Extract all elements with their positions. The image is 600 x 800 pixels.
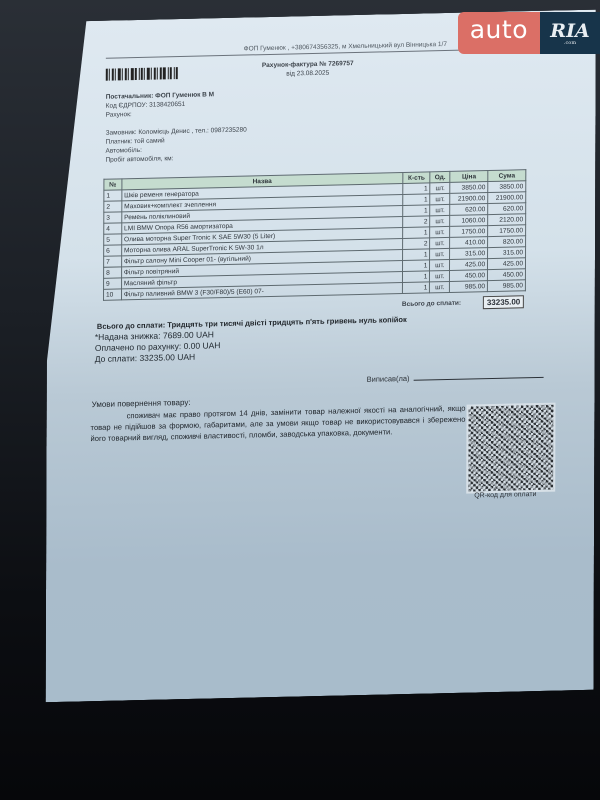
item-qty: 1 <box>402 271 430 283</box>
item-price: 985.00 <box>450 281 488 293</box>
supplier-line: Постачальник: ФОП Гуменюк В М <box>106 91 214 100</box>
row-number: 7 <box>104 256 122 267</box>
row-number: 8 <box>104 267 122 278</box>
row-number: 2 <box>104 201 122 212</box>
item-sum: 450.00 <box>488 269 526 281</box>
item-sum: 985.00 <box>488 280 526 292</box>
item-unit: шт. <box>430 204 450 215</box>
item-qty: 1 <box>403 194 431 206</box>
item-unit: шт. <box>430 259 450 270</box>
item-price: 3850.00 <box>450 182 488 194</box>
signature-field: Виписав(ла) <box>367 371 544 384</box>
item-qty: 1 <box>402 227 430 239</box>
invoice-paper: ФОП Гуменюк , +380674356325, м Хмельниць… <box>46 10 596 703</box>
item-unit: шт. <box>430 237 450 248</box>
payment-qr-code <box>466 403 555 494</box>
account: Рахунок: <box>106 111 132 119</box>
customer: Замовник: Коломієць Денис , тел.: 098723… <box>106 127 247 137</box>
item-sum: 315.00 <box>488 247 526 259</box>
item-sum: 620.00 <box>488 203 526 215</box>
qr-label: QR-код для оплати <box>474 491 536 499</box>
item-qty: 1 <box>402 260 430 272</box>
item-price: 410.00 <box>450 237 488 249</box>
item-sum: 1750.00 <box>488 225 526 237</box>
car: Автомобіль: <box>106 147 142 155</box>
mileage: Пробіг автомобіля, км: <box>105 155 173 164</box>
amount-due: До сплати: 33235.00 UAH <box>95 352 195 364</box>
items-table: № Назва К-сть Од. Ціна Сума 1Шків ременя… <box>103 169 526 301</box>
invoice-title: Рахунок-фактура № 7269757 <box>248 60 368 70</box>
signature-line <box>414 377 544 381</box>
item-price: 315.00 <box>450 248 488 260</box>
row-number: 10 <box>104 289 122 300</box>
signature-label: Виписав(ла) <box>367 374 410 384</box>
row-number: 4 <box>104 223 122 234</box>
watermark-ria: RIA .com <box>540 12 600 54</box>
payer: Платник: той самий <box>106 137 165 145</box>
barcode <box>106 67 178 81</box>
total-in-words: Всього до сплати: Тридцять три тисячі дв… <box>97 315 407 331</box>
col-header-price: Ціна <box>450 171 488 183</box>
watermark-ria-domain: .com <box>564 40 576 46</box>
col-header-sum: Сума <box>488 170 526 182</box>
item-price: 1060.00 <box>450 215 488 227</box>
item-unit: шт. <box>430 215 450 226</box>
item-unit: шт. <box>430 182 450 193</box>
row-number: 5 <box>104 234 122 245</box>
item-unit: шт. <box>430 193 450 204</box>
col-header-unit: Од. <box>430 171 450 182</box>
item-sum: 21900.00 <box>488 192 526 204</box>
invoice-date: від 23.08.2025 <box>248 69 368 79</box>
item-price: 425.00 <box>450 259 488 271</box>
paid: Оплачено по рахунку: 0.00 UAH <box>95 340 221 353</box>
row-number: 9 <box>104 278 122 289</box>
item-qty: 1 <box>402 249 430 261</box>
return-policy-title: Умови повернення товару: <box>92 398 191 409</box>
watermark-ria-text: RIA <box>550 20 589 42</box>
item-qty: 1 <box>403 183 431 195</box>
item-qty: 2 <box>402 238 430 250</box>
item-price: 21900.00 <box>450 193 488 205</box>
total-label: Всього до сплати: <box>402 300 461 308</box>
edrpou: Код ЄДРПОУ: 3138420651 <box>106 101 186 110</box>
item-qty: 2 <box>402 216 430 228</box>
item-sum: 2120.00 <box>488 214 526 226</box>
return-policy-text: споживач має право протягом 14 днів, зам… <box>91 403 466 445</box>
item-unit: шт. <box>430 248 450 259</box>
item-unit: шт. <box>430 281 450 292</box>
item-price: 450.00 <box>450 270 488 282</box>
watermark-auto: auto <box>458 12 540 54</box>
col-header-qty: К-сть <box>403 172 431 184</box>
col-header-number: № <box>104 179 122 190</box>
supplier-name: ФОП Гуменюк В М <box>155 91 214 99</box>
item-sum: 425.00 <box>488 258 526 270</box>
total-value: 33235.00 <box>483 295 524 309</box>
row-number: 3 <box>104 212 122 223</box>
item-sum: 820.00 <box>488 236 526 248</box>
row-number: 6 <box>104 245 122 256</box>
item-unit: шт. <box>430 226 450 237</box>
row-number: 1 <box>104 190 122 201</box>
item-sum: 3850.00 <box>488 181 526 193</box>
supplier-label: Постачальник: <box>106 93 154 101</box>
item-unit: шт. <box>430 270 450 281</box>
item-qty: 1 <box>403 205 431 217</box>
item-qty: 1 <box>402 282 430 294</box>
item-price: 620.00 <box>450 204 488 216</box>
autoria-watermark: auto RIA .com <box>458 12 600 54</box>
item-price: 1750.00 <box>450 226 488 238</box>
